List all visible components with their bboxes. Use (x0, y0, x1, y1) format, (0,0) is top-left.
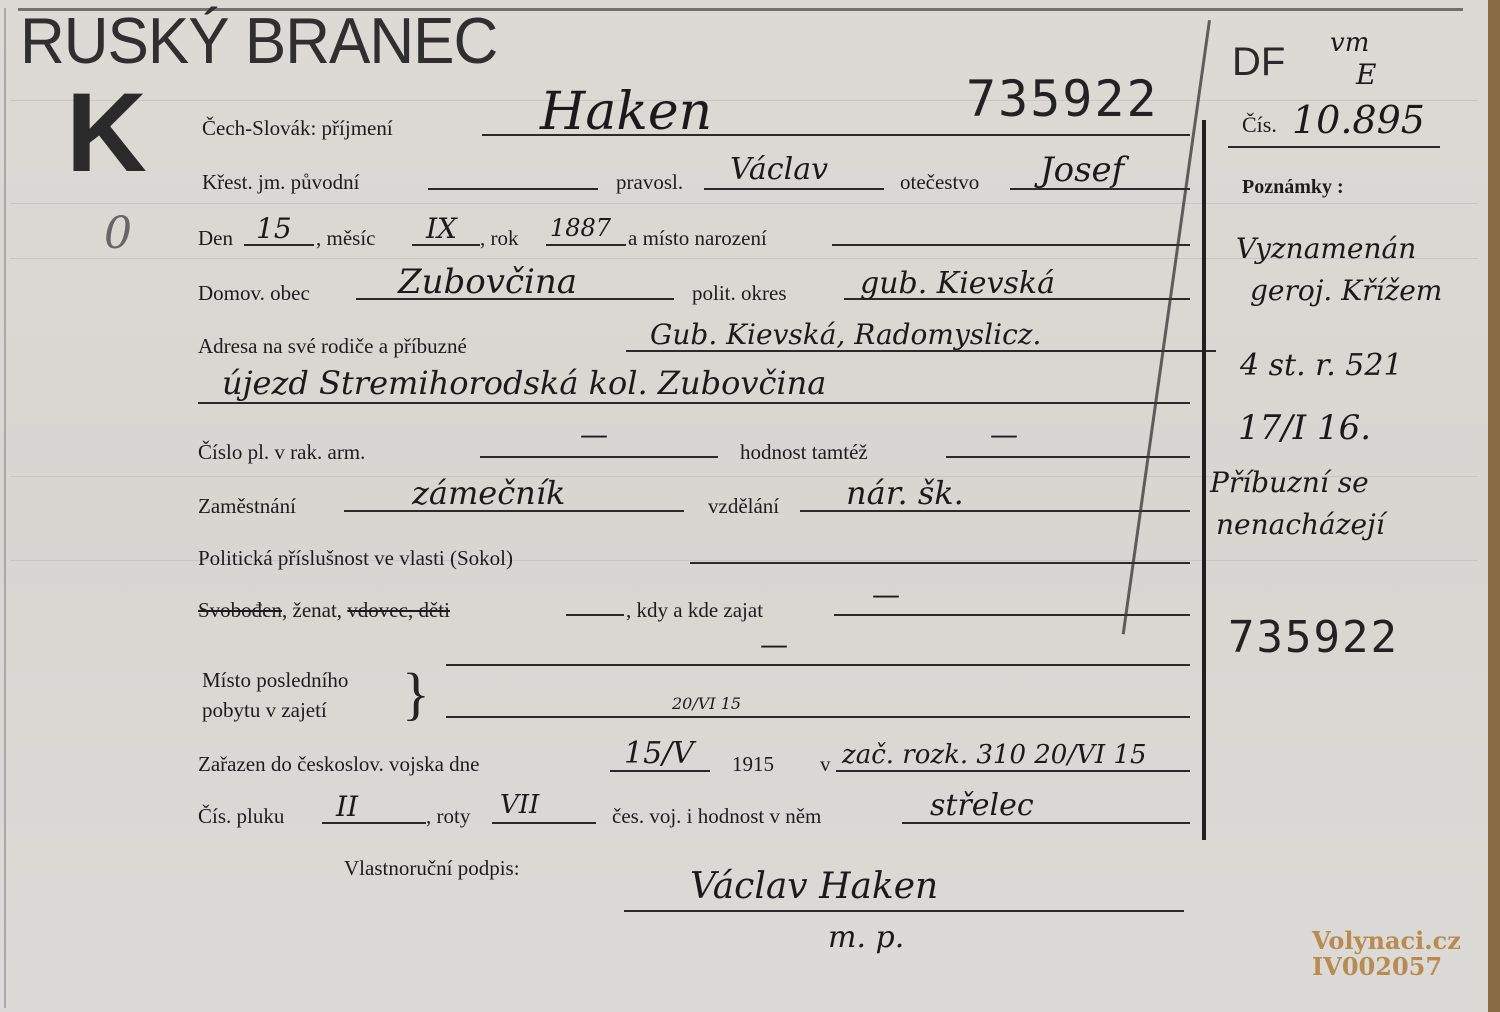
record-number-bottom: 735922 (1228, 612, 1399, 663)
watermark-id: IV002057 (1312, 954, 1461, 980)
home-municipality-value: Zubovčina (398, 262, 577, 302)
last-residence-label-2: pobytu v zajetí (202, 698, 327, 723)
political-affiliation-label: Politická příslušnost ve vlasti (Sokol) (198, 546, 513, 571)
enlisted-order-value: zač. rozk. 310 20/VI 15 (842, 740, 1146, 770)
address-value-line2: újezd Stremihorodská kol. Zubovčina (222, 364, 826, 402)
birth-place-line (832, 244, 1190, 246)
margin-mark: 0 (104, 208, 132, 259)
note-line: Příbuzní se (1210, 466, 1369, 499)
czech-rank-value: střelec (930, 788, 1034, 823)
note-line: nenacházejí (1216, 508, 1385, 541)
paper-rule (10, 100, 1478, 101)
df-mark: DF (1232, 40, 1285, 85)
signature-value: Václav Haken (690, 866, 938, 907)
birth-place-label: a místo narození (628, 226, 767, 251)
patronymic-label: otečestvo (900, 170, 979, 195)
birth-day-value: 15 (256, 212, 292, 245)
orthodox-name-value: Václav (730, 152, 828, 187)
surname-value: Haken (540, 82, 712, 142)
birth-month-value: IX (426, 212, 457, 245)
captured-line (834, 614, 1190, 616)
signature-line (624, 910, 1184, 912)
paper-rule (10, 203, 1478, 204)
df-annotation: vm (1330, 28, 1369, 58)
marital-married-label: , ženat, (282, 598, 347, 622)
last-residence-label-1: Místo posledního (202, 668, 348, 693)
regiment-number-label: Číslo pl. v rak. arm. (198, 440, 365, 465)
signature-label: Vlastnoruční podpis: (344, 856, 520, 881)
cis-line (1228, 146, 1440, 148)
political-affiliation-line (690, 562, 1190, 564)
stamp-letter: K (66, 68, 147, 197)
birth-year-label: , rok (480, 226, 519, 251)
political-district-label: polit. okres (692, 281, 787, 306)
last-residence-value-1: — (760, 628, 788, 661)
surname-label: Čech-Slovák: příjmení (202, 116, 393, 141)
company-line (492, 822, 596, 824)
notes-label: Poznámky : (1242, 176, 1344, 199)
watermark: Volynaci.cz IV002057 (1312, 928, 1461, 980)
occupation-value: zámečník (412, 474, 565, 512)
birth-year-value: 1887 (550, 214, 611, 242)
note-line: 17/I 16. (1238, 408, 1371, 448)
orthodox-name-label: pravosl. (616, 170, 683, 195)
czech-rank-label: čes. voj. i hodnost v něm (612, 804, 821, 829)
rank-there-label: hodnost tamtéž (740, 440, 868, 465)
regiment-value: II (336, 790, 358, 823)
company-value: VII (500, 790, 539, 820)
df-annotation-2: E (1356, 58, 1376, 91)
enlisted-order-line (836, 770, 1190, 772)
company-label: , roty (426, 804, 470, 829)
home-municipality-label: Domov. obec (198, 281, 310, 306)
orthodox-name-line (704, 188, 884, 190)
enlisted-label: Zařazen do českoslov. vojska dne (198, 752, 479, 777)
enlisted-v: v (820, 752, 831, 777)
record-number: 735922 (966, 70, 1159, 128)
political-district-value: gub. Kievská (860, 266, 1055, 301)
captured-value: — (872, 578, 900, 611)
watermark-site: Volynaci.cz (1312, 928, 1461, 954)
brace: } (402, 660, 430, 727)
regiment-number-value: — (580, 418, 608, 451)
first-name-original-label: Křest. jm. původní (202, 170, 360, 195)
education-value: nár. šk. (846, 474, 964, 512)
rank-there-value: — (990, 418, 1018, 451)
cis-value: 10.895 (1292, 98, 1425, 142)
cis-label: Čís. (1242, 112, 1277, 138)
rank-there-line (946, 456, 1190, 458)
first-name-original-line (428, 188, 598, 190)
address-label: Adresa na své rodiče a příbuzné (198, 334, 467, 359)
address-line-2 (198, 402, 1190, 404)
education-label: vzdělání (708, 494, 779, 519)
last-residence-line-2 (446, 716, 1190, 718)
address-value: Gub. Kievská, Radomyslicz. (650, 318, 1041, 351)
marital-widower-label: vdovec, děti (347, 598, 450, 622)
note-line: Vyznamenán (1236, 232, 1416, 265)
last-residence-value-2: 20/VI 15 (672, 694, 741, 713)
occupation-label: Zaměstnání (198, 494, 296, 519)
birth-day-label: Den (198, 226, 233, 251)
signature-note: m. p. (828, 920, 904, 955)
registration-card: RUSKÝ BRANEC K 0 735922 Čech-Slovák: pří… (0, 0, 1488, 1012)
regiment-number-line (480, 456, 718, 458)
note-line: geroj. Křížem (1250, 274, 1442, 307)
enlisted-year: 1915 (732, 752, 774, 777)
last-residence-line-1 (446, 664, 1190, 666)
children-line (566, 614, 624, 616)
birth-month-label: , měsíc (316, 226, 375, 251)
note-line: 4 st. r. 521 (1240, 348, 1403, 383)
birth-year-line (546, 244, 626, 246)
marital-status-row: Svobođen, ženat, vdovec, děti (198, 598, 450, 623)
marital-single-label: Svobođen (198, 598, 282, 622)
column-divider (1202, 120, 1206, 840)
captured-label: , kdy a kde zajat (626, 598, 763, 623)
enlisted-date: 15/V (624, 736, 694, 771)
card-left-border (4, 8, 6, 1008)
patronymic-value: Josef (1040, 150, 1124, 190)
regiment-label: Čís. pluku (198, 804, 284, 829)
